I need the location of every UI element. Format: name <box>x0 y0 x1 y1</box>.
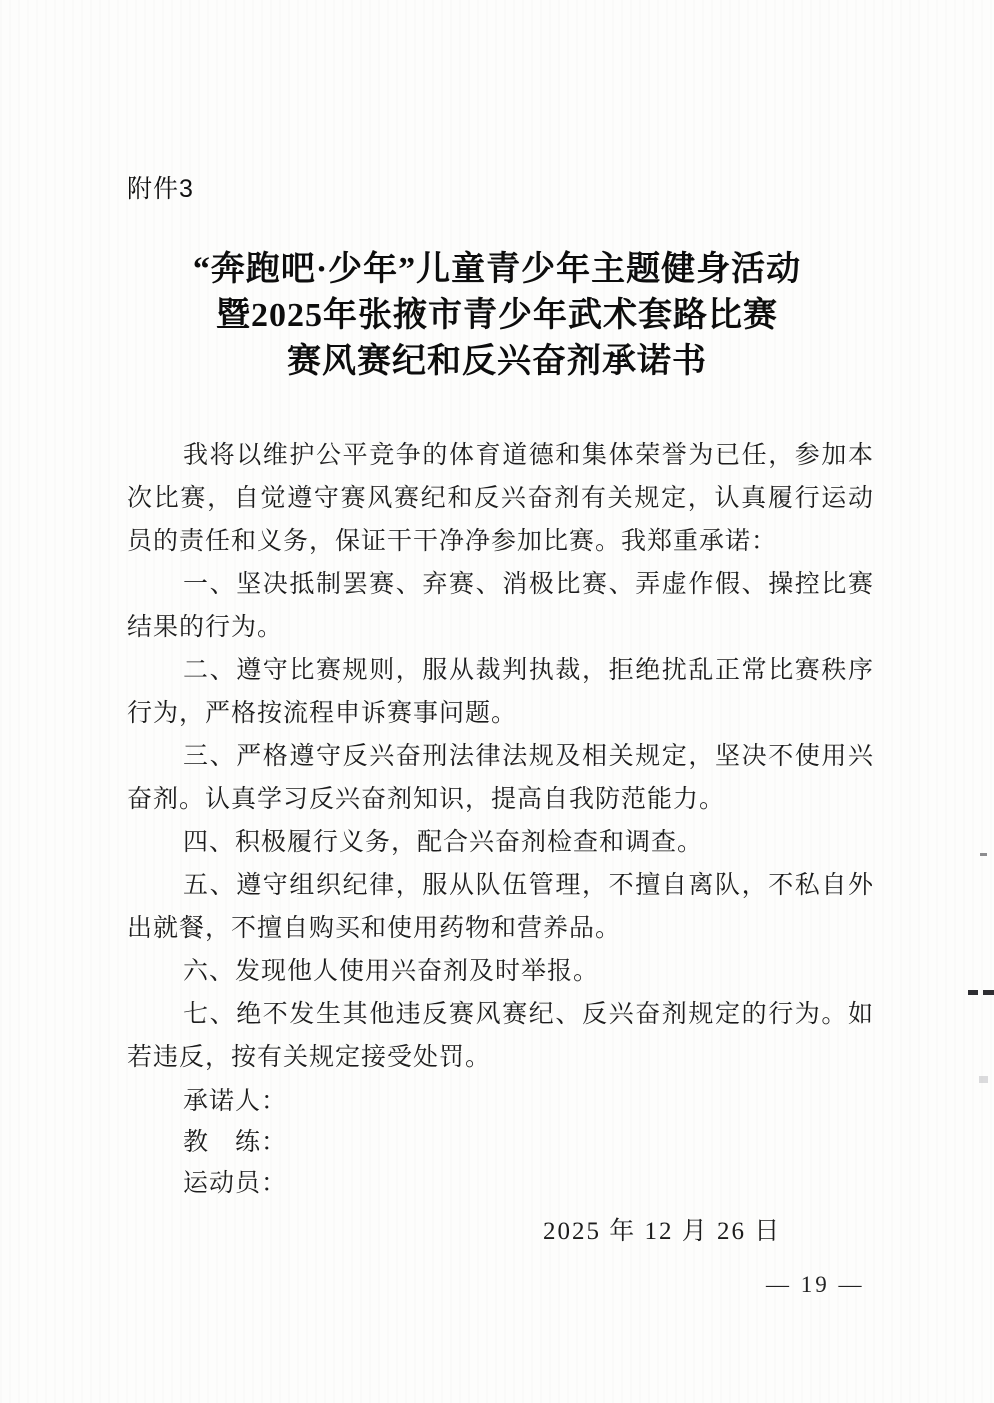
paragraph-item-5: 五、遵守组织纪律，服从队伍管理，不擅自离队，不私自外出就餐，不擅自购买和使用药物… <box>127 864 874 950</box>
document-page: 附件3 “奔跑吧·少年”儿童青少年主题健身活动 暨2025年张掖市青少年武术套路… <box>0 0 994 1403</box>
page-number: — 19 — <box>766 1272 865 1298</box>
scan-artifact <box>980 853 987 856</box>
date-line: 2025 年 12 月 26 日 <box>543 1210 874 1253</box>
document-title: “奔跑吧·少年”儿童青少年主题健身活动 暨2025年张掖市青少年武术套路比赛 赛… <box>0 247 994 385</box>
paragraph-item-4: 四、积极履行义务，配合兴奋剂检查和调查。 <box>127 821 874 864</box>
paragraph-item-6: 六、发现他人使用兴奋剂及时举报。 <box>127 950 874 993</box>
signature-line-coach: 教 练： <box>127 1122 874 1163</box>
scan-artifact <box>968 990 978 995</box>
scan-artifact <box>979 1076 988 1083</box>
scan-artifact <box>983 990 994 995</box>
paragraph-item-7: 七、绝不发生其他违反赛风赛纪、反兴奋剂规定的行为。如若违反，按有关规定接受处罚。 <box>127 993 874 1079</box>
attachment-label: 附件3 <box>127 169 194 205</box>
signature-line-athlete: 运动员： <box>127 1163 874 1204</box>
document-body: 我将以维护公平竞争的体育道德和集体荣誉为已任，参加本次比赛，自觉遵守赛风赛纪和反… <box>127 434 874 1253</box>
paragraph-item-3: 三、严格遵守反兴奋刑法律法规及相关规定，坚决不使用兴奋剂。认真学习反兴奋剂知识，… <box>127 735 874 821</box>
title-line-2: 暨2025年张掖市青少年武术套路比赛 <box>0 293 994 339</box>
signature-block: 承诺人： 教 练： 运动员： <box>127 1081 874 1204</box>
signature-line-promiser: 承诺人： <box>127 1081 874 1122</box>
paragraph-item-1: 一、坚决抵制罢赛、弃赛、消极比赛、弄虚作假、操控比赛结果的行为。 <box>127 563 874 649</box>
title-line-1: “奔跑吧·少年”儿童青少年主题健身活动 <box>0 247 994 293</box>
title-line-3: 赛风赛纪和反兴奋剂承诺书 <box>0 339 994 385</box>
paragraph-item-2: 二、遵守比赛规则，服从裁判执裁，拒绝扰乱正常比赛秩序行为，严格按流程申诉赛事问题… <box>127 649 874 735</box>
paragraph-intro: 我将以维护公平竞争的体育道德和集体荣誉为已任，参加本次比赛，自觉遵守赛风赛纪和反… <box>127 434 874 563</box>
